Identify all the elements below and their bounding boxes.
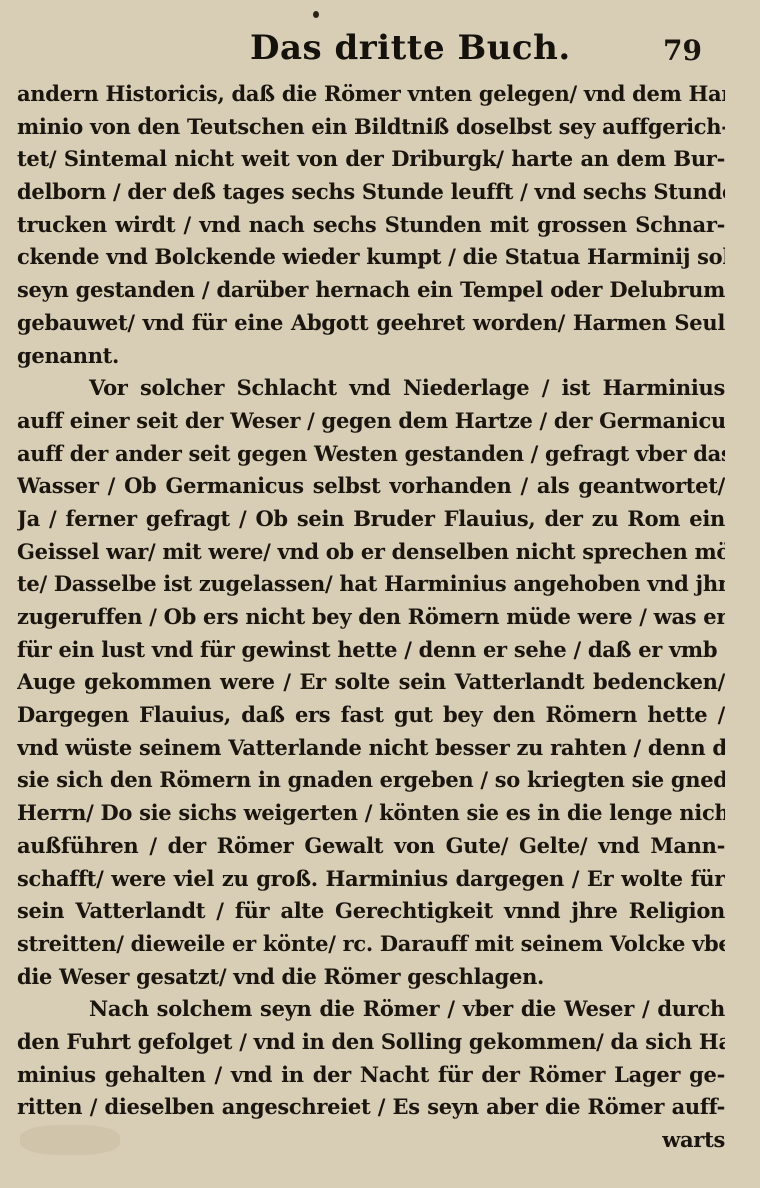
text-line: auff einer seit der Weser / gegen dem Ha… — [17, 405, 725, 438]
book-page: Das dritte Buch. 79 andern Historicis, d… — [0, 0, 760, 1188]
body-text: andern Historicis, daß die Römer vnten g… — [17, 78, 725, 1157]
text-line: sein Vatterlandt / für alte Gerechtigkei… — [17, 895, 725, 928]
text-line: delborn / der deß tages sechs Stunde leu… — [17, 176, 725, 209]
paragraph-start-line: Vor solcher Schlacht vnd Niederlage / is… — [17, 372, 725, 405]
text-line: Wasser / Ob Germanicus selbst vorhanden … — [17, 470, 725, 503]
text-line: zugeruffen / Ob ers nicht bey den Römern… — [17, 601, 725, 634]
text-line: sie sich den Römern in gnaden ergeben / … — [17, 764, 725, 797]
text-line: tet/ Sintemal nicht weit von der Driburg… — [17, 143, 725, 176]
text-line: Auge gekommen were / Er solte sein Vatte… — [17, 666, 725, 699]
text-line: Herrn/ Do sie sichs weigerten / könten s… — [17, 797, 725, 830]
text-line: Geissel war/ mit were/ vnd ob er denselb… — [17, 536, 725, 569]
text-line: te/ Dasselbe ist zugelassen/ hat Harmini… — [17, 568, 725, 601]
text-line: seyn gestanden / darüber hernach ein Tem… — [17, 274, 725, 307]
text-line: auff der ander seit gegen Westen gestand… — [17, 438, 725, 471]
text-line: streitten/ dieweile er könte/ rc. Darauf… — [17, 928, 725, 961]
text-line: für ein lust vnd für gewinst hette / den… — [17, 634, 725, 667]
text-line: die Weser gesatzt/ vnd die Römer geschla… — [17, 961, 725, 994]
page-number: 79 — [663, 34, 702, 67]
text-line: Dargegen Flauius, daß ers fast gut bey d… — [17, 699, 725, 732]
running-head: Das dritte Buch. 79 — [0, 28, 760, 72]
text-line: gebauwet/ vnd für eine Abgott geehret wo… — [17, 307, 725, 340]
ink-spot — [313, 11, 319, 18]
text-line: andern Historicis, daß die Römer vnten g… — [17, 78, 725, 111]
text-line: den Fuhrt gefolget / vnd in den Solling … — [17, 1026, 725, 1059]
text-line: außführen / der Römer Gewalt von Gute/ G… — [17, 830, 725, 863]
paragraph-start-line: Nach solchem seyn die Römer / vber die W… — [17, 993, 725, 1026]
text-line: schafft/ were viel zu groß. Harminius da… — [17, 863, 725, 896]
text-line: minio von den Teutschen ein Bildtniß dos… — [17, 111, 725, 144]
text-line: ckende vnd Bolckende wieder kumpt / die … — [17, 241, 725, 274]
catchword: warts — [17, 1124, 725, 1157]
text-line: ritten / dieselben angeschreiet / Es sey… — [17, 1091, 725, 1124]
text-line: Ja / ferner gefragt / Ob sein Bruder Fla… — [17, 503, 725, 536]
text-line: trucken wirdt / vnd nach sechs Stunden m… — [17, 209, 725, 242]
text-line: minius gehalten / vnd in der Nacht für d… — [17, 1059, 725, 1092]
text-line: genannt. — [17, 340, 725, 373]
running-title: Das dritte Buch. — [250, 28, 571, 68]
text-line: vnd wüste seinem Vatterlande nicht besse… — [17, 732, 725, 765]
